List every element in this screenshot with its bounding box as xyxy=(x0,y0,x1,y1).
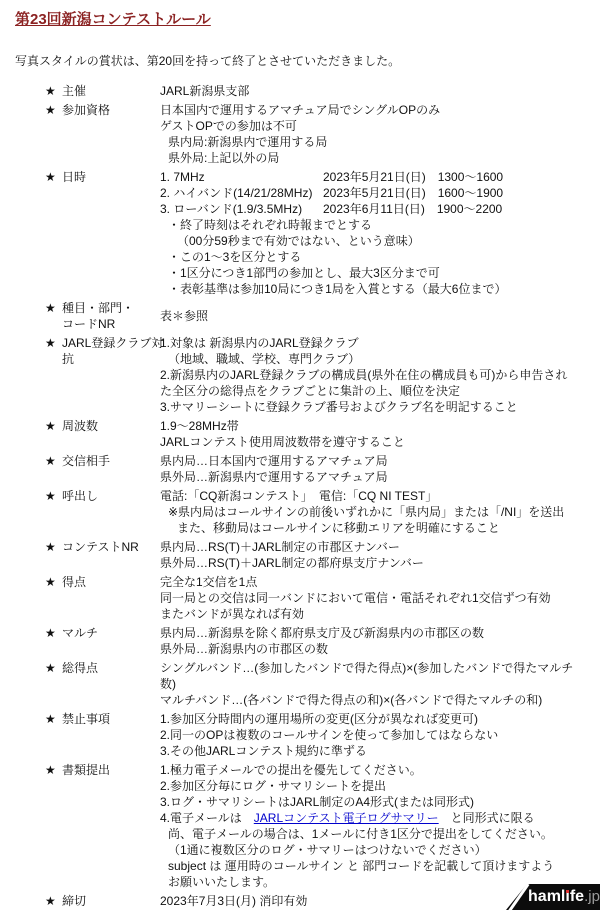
content-line: 2.新潟県内のJARL登録クラブの構成員(県外在住の構成員も可)から申告され xyxy=(160,367,585,383)
section-label-text: 呼出し xyxy=(62,488,160,536)
rule-section-row: ★禁止事項1.参加区分時間内の運用場所の変更(区分が異なれば変更可)2.同一のO… xyxy=(15,711,585,759)
content-line: 1.極力電子メールでの提出を優先してください。 xyxy=(160,762,585,778)
content-line: また、移動局はコールサインに移動エリアを明確にすること xyxy=(160,520,585,536)
content-line: ・表彰基準は参加10局につき1局を入賞とする（最大6位まで） xyxy=(160,281,585,297)
section-content: 県内局…RS(T)＋JARL制定の市郡区ナンバー県外局…RS(T)＋JARL制定… xyxy=(160,539,585,571)
content-line: 尚、電子メールの場合は、1メールに付き1区分で提出をしてください。 xyxy=(160,826,585,842)
content-line: ※県内局はコールサインの前後いずれかに「県内局」または「/NI」を送出 xyxy=(160,504,585,520)
label-line: 交信相手 xyxy=(62,453,160,469)
section-label: ★総得点 xyxy=(15,660,160,708)
content-line: 3.その他JARLコンテスト規約に準ずる xyxy=(160,743,585,759)
content-line: 県外局…RS(T)＋JARL制定の都府県支庁ナンバー xyxy=(160,555,585,571)
content-line: JARL新潟県支部 xyxy=(160,83,585,99)
section-content: 日本国内で運用するアマチュア局でシングルOPのみゲストOPでの参加は不可県内局:… xyxy=(160,102,585,166)
rule-section-row: ★書類提出1.極力電子メールでの提出を優先してください。2.参加区分毎にログ・サ… xyxy=(15,762,585,890)
rule-section-row: ★JARL登録クラブ対抗1.対象は 新潟県内のJARL登録クラブ（地域、職域、学… xyxy=(15,335,585,415)
section-label: ★マルチ xyxy=(15,625,160,657)
content-line: ・終了時刻はそれぞれ時報までとする xyxy=(160,217,585,233)
rule-section-row: ★種目・部門・コードNR表＊参照 xyxy=(15,300,585,332)
contest-rules-page: 第23回新潟コンテストルール 写真スタイルの賞状は、第20回を持って終了とさせて… xyxy=(0,0,600,914)
section-content: 1.極力電子メールでの提出を優先してください。2.参加区分毎にログ・サマリシート… xyxy=(160,762,585,890)
section-label: ★日時 xyxy=(15,169,160,297)
section-label: ★呼出し xyxy=(15,488,160,536)
label-line: 書類提出 xyxy=(62,762,160,778)
section-label-text: 締切 xyxy=(62,893,160,909)
rule-section-row: ★総得点シングルバンド…(参加したバンドで得た得点)×(参加したバンドで得たマル… xyxy=(15,660,585,708)
section-content: 1.参加区分時間内の運用場所の変更(区分が異なれば変更可)2.同一のOPは複数の… xyxy=(160,711,585,759)
section-label-text: 総得点 xyxy=(62,660,160,708)
section-label: ★締切 xyxy=(15,893,160,909)
section-content: 1.9～28MHz帯JARLコンテスト使用周波数帯を遵守すること xyxy=(160,418,585,450)
section-label-text: 交信相手 xyxy=(62,453,160,485)
content-line: 県外局:上記以外の局 xyxy=(160,150,585,166)
label-line: マルチ xyxy=(62,625,160,641)
text-fragment: 4.電子メールは xyxy=(160,811,254,825)
section-content: JARL新潟県支部 xyxy=(160,83,585,99)
content-line: 4.電子メールは JARLコンテスト電子ログサマリー と同形式に限る xyxy=(160,810,585,826)
label-line: 総得点 xyxy=(62,660,160,676)
content-line: （00分59秒まで有効ではない、という意味） xyxy=(160,233,585,249)
content-line: 数) xyxy=(160,676,585,692)
star-bullet-icon: ★ xyxy=(45,574,62,622)
rule-section-row: ★交信相手県内局…日本国内で運用するアマチュア局県外局…新潟県内で運用するアマチ… xyxy=(15,453,585,485)
section-content: 県内局…日本国内で運用するアマチュア局県外局…新潟県内で運用するアマチュア局 xyxy=(160,453,585,485)
star-bullet-icon: ★ xyxy=(45,539,62,571)
content-line: 完全な1交信を1点 xyxy=(160,574,585,590)
label-line: 呼出し xyxy=(62,488,160,504)
label-line: コンテストNR xyxy=(62,539,160,555)
content-line: 3.ログ・サマリシートはJARL制定のA4形式(または同形式) xyxy=(160,794,585,810)
band-name: 2. ハイバンド(14/21/28MHz) xyxy=(160,185,323,201)
section-content: 1. 7MHz2023年5月21日(日) 1300～16002. ハイバンド(1… xyxy=(160,169,585,297)
star-bullet-icon: ★ xyxy=(45,83,62,99)
content-line: 県内局…新潟県を除く都府県支庁及び新潟県内の市郡区の数 xyxy=(160,625,585,641)
star-bullet-icon: ★ xyxy=(45,893,62,909)
star-bullet-icon: ★ xyxy=(45,660,62,708)
jarl-e-log-summary-link[interactable]: JARLコンテスト電子ログサマリー xyxy=(254,811,439,825)
content-line: 県内局…RS(T)＋JARL制定の市郡区ナンバー xyxy=(160,539,585,555)
star-bullet-icon: ★ xyxy=(45,102,62,166)
section-label-text: 書類提出 xyxy=(62,762,160,890)
rules-sections: ★主催JARL新潟県支部★参加資格日本国内で運用するアマチュア局でシングルOPの… xyxy=(15,83,585,909)
content-line: またバンドが異なれば有効 xyxy=(160,606,585,622)
rule-section-row: ★締切2023年7月3日(月) 消印有効 xyxy=(15,893,585,909)
section-content: 電話:「CQ新潟コンテスト」 電信:「CQ NI TEST」※県内局はコールサイ… xyxy=(160,488,585,536)
content-line: JARLコンテスト使用周波数帯を遵守すること xyxy=(160,434,585,450)
rule-section-row: ★呼出し電話:「CQ新潟コンテスト」 電信:「CQ NI TEST」※県内局はコ… xyxy=(15,488,585,536)
label-line: 抗 xyxy=(62,351,163,367)
section-label: ★交信相手 xyxy=(15,453,160,485)
star-bullet-icon: ★ xyxy=(45,335,62,415)
content-line: 3. ローバンド(1.9/3.5MHz)2023年6月11日(日) 1900～2… xyxy=(160,201,585,217)
label-line: コードNR xyxy=(62,316,160,332)
star-bullet-icon: ★ xyxy=(45,488,62,536)
section-content: 表＊参照 xyxy=(160,300,585,332)
star-bullet-icon: ★ xyxy=(45,300,62,332)
content-line: 県内局…日本国内で運用するアマチュア局 xyxy=(160,453,585,469)
content-line: 県内局:新潟県内で運用する局 xyxy=(160,134,585,150)
content-line: 1.9～28MHz帯 xyxy=(160,418,585,434)
section-label-text: コンテストNR xyxy=(62,539,160,571)
star-bullet-icon: ★ xyxy=(45,711,62,759)
intro-note: 写真スタイルの賞状は、第20回を持って終了とさせていただきました。 xyxy=(15,53,585,69)
content-line: シングルバンド…(参加したバンドで得た得点)×(参加したバンドで得たマルチ xyxy=(160,660,585,676)
section-label-text: マルチ xyxy=(62,625,160,657)
section-label-text: 種目・部門・コードNR xyxy=(62,300,160,332)
section-label-text: 参加資格 xyxy=(62,102,160,166)
section-content: 県内局…新潟県を除く都府県支庁及び新潟県内の市郡区の数県外局…新潟県内の市郡区の… xyxy=(160,625,585,657)
star-bullet-icon: ★ xyxy=(45,453,62,485)
content-line: 県外局…新潟県内で運用するアマチュア局 xyxy=(160,469,585,485)
section-content: 完全な1交信を1点同一局との交信は同一バンドにおいて電信・電話それぞれ1交信ずつ… xyxy=(160,574,585,622)
rule-section-row: ★参加資格日本国内で運用するアマチュア局でシングルOPのみゲストOPでの参加は不… xyxy=(15,102,585,166)
section-label: ★得点 xyxy=(15,574,160,622)
section-label-text: 禁止事項 xyxy=(62,711,160,759)
content-line: 日本国内で運用するアマチュア局でシングルOPのみ xyxy=(160,102,585,118)
band-name: 3. ローバンド(1.9/3.5MHz) xyxy=(160,201,323,217)
section-label: ★周波数 xyxy=(15,418,160,450)
rule-section-row: ★得点完全な1交信を1点同一局との交信は同一バンドにおいて電信・電話それぞれ1交… xyxy=(15,574,585,622)
label-line: 主催 xyxy=(62,83,160,99)
content-line: 電話:「CQ新潟コンテスト」 電信:「CQ NI TEST」 xyxy=(160,488,585,504)
hamlife-logo-brand: hamlıfe xyxy=(528,888,584,905)
content-line: マルチバンド…(各バンドで得た得点の和)×(各バンドで得たマルチの和) xyxy=(160,692,585,708)
content-line: ゲストOPでの参加は不可 xyxy=(160,118,585,134)
content-line: 県外局…新潟県内の市郡区の数 xyxy=(160,641,585,657)
label-line: JARL登録クラブ対 xyxy=(62,335,163,351)
content-line: た全区分の総得点をクラブごとに集計の上、順位を決定 xyxy=(160,383,585,399)
section-label-text: 日時 xyxy=(62,169,160,297)
hamlife-logo: hamlıfe.jp xyxy=(506,884,600,910)
label-line: 締切 xyxy=(62,893,160,909)
rule-section-row: ★主催JARL新潟県支部 xyxy=(15,83,585,99)
logo-i-red-dot: ı xyxy=(565,888,569,905)
content-line: （地域、職域、学校、専門クラブ） xyxy=(160,351,585,367)
text-fragment: と同形式に限る xyxy=(439,811,535,825)
section-label: ★書類提出 xyxy=(15,762,160,890)
content-line: 3.サマリーシートに登録クラブ番号およびクラブ名を明記すること xyxy=(160,399,585,415)
section-label: ★種目・部門・コードNR xyxy=(15,300,160,332)
star-bullet-icon: ★ xyxy=(45,169,62,297)
label-line: 禁止事項 xyxy=(62,711,160,727)
label-line: 種目・部門・ xyxy=(62,300,160,316)
content-line: ・この1～3を区分とする xyxy=(160,249,585,265)
rule-section-row: ★マルチ県内局…新潟県を除く都府県支庁及び新潟県内の市郡区の数県外局…新潟県内の… xyxy=(15,625,585,657)
label-line: 参加資格 xyxy=(62,102,160,118)
rule-section-row: ★日時1. 7MHz2023年5月21日(日) 1300～16002. ハイバン… xyxy=(15,169,585,297)
section-label: ★主催 xyxy=(15,83,160,99)
content-line: 1.対象は 新潟県内のJARL登録クラブ xyxy=(160,335,585,351)
content-line: ・1区分につき1部門の参加とし、最大3区分まで可 xyxy=(160,265,585,281)
section-content: 1.対象は 新潟県内のJARL登録クラブ（地域、職域、学校、専門クラブ）2.新潟… xyxy=(160,335,585,415)
label-line: 周波数 xyxy=(62,418,160,434)
section-label-text: 主催 xyxy=(62,83,160,99)
section-label-text: 得点 xyxy=(62,574,160,622)
section-label: ★コンテストNR xyxy=(15,539,160,571)
hamlife-logo-tld: .jp xyxy=(584,888,600,905)
content-line: subject は 運用時のコールサイン と 部門コードを記載して頂けますよう xyxy=(160,858,585,874)
label-line: 得点 xyxy=(62,574,160,590)
content-line: （1通に複数区分のログ・サマリーはつけないでください） xyxy=(160,842,585,858)
hamlife-logo-text: hamlıfe.jp xyxy=(528,887,600,907)
content-line: 1. 7MHz2023年5月21日(日) 1300～1600 xyxy=(160,169,585,185)
page-title: 第23回新潟コンテストルール xyxy=(15,10,211,30)
content-line: 2.同一のOPは複数のコールサインを使って参加してはならない xyxy=(160,727,585,743)
content-line: 2.参加区分毎にログ・サマリシートを提出 xyxy=(160,778,585,794)
section-content: シングルバンド…(参加したバンドで得た得点)×(参加したバンドで得たマルチ数)マ… xyxy=(160,660,585,708)
content-line: 2. ハイバンド(14/21/28MHz)2023年5月21日(日) 1600～… xyxy=(160,185,585,201)
schedule-datetime: 2023年5月21日(日) 1300～1600 xyxy=(323,170,503,184)
content-line: 表＊参照 xyxy=(160,308,585,324)
band-name: 1. 7MHz xyxy=(160,169,323,185)
content-line: 1.参加区分時間内の運用場所の変更(区分が異なれば変更可) xyxy=(160,711,585,727)
section-label-text: 周波数 xyxy=(62,418,160,450)
section-label-text: JARL登録クラブ対抗 xyxy=(62,335,163,415)
star-bullet-icon: ★ xyxy=(45,762,62,890)
rule-section-row: ★周波数1.9～28MHz帯JARLコンテスト使用周波数帯を遵守すること xyxy=(15,418,585,450)
star-bullet-icon: ★ xyxy=(45,418,62,450)
label-line: 日時 xyxy=(62,169,160,185)
content-line: 同一局との交信は同一バンドにおいて電信・電話それぞれ1交信ずつ有効 xyxy=(160,590,585,606)
section-label: ★禁止事項 xyxy=(15,711,160,759)
section-label: ★JARL登録クラブ対抗 xyxy=(15,335,160,415)
schedule-datetime: 2023年5月21日(日) 1600～1900 xyxy=(323,186,503,200)
schedule-datetime: 2023年6月11日(日) 1900～2200 xyxy=(323,202,502,216)
star-bullet-icon: ★ xyxy=(45,625,62,657)
section-label: ★参加資格 xyxy=(15,102,160,166)
rule-section-row: ★コンテストNR県内局…RS(T)＋JARL制定の市郡区ナンバー県外局…RS(T… xyxy=(15,539,585,571)
